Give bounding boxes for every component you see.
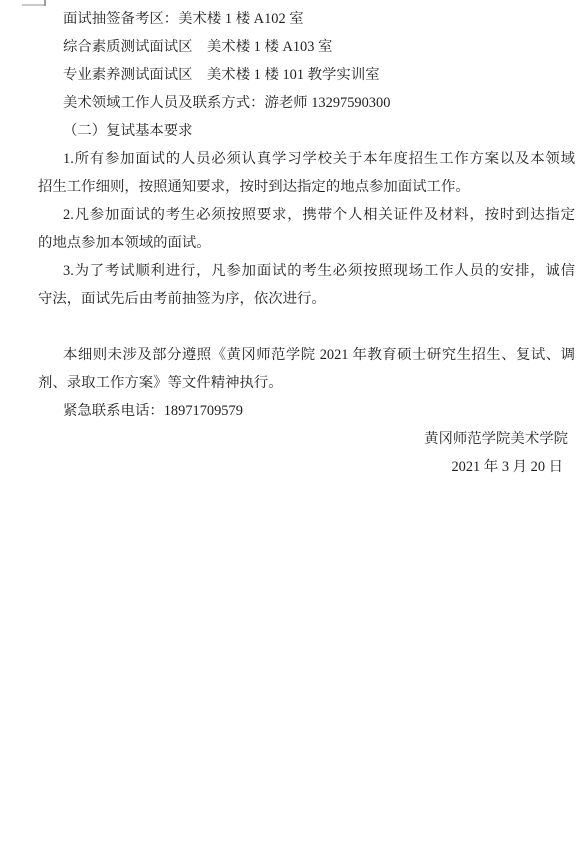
- closing-line-1: 本细则未涉及部分遵照《黄冈师范学院 2021 年教育硕士研究生招生、复试、调: [38, 341, 575, 369]
- venue-line-lottery-prep-room: 面试抽签备考区：美术楼 1 楼 A102 室: [38, 5, 575, 33]
- blank-line: [38, 313, 575, 341]
- rule-1-line-2: 招生工作细则，按照通知要求，按时到达指定的地点参加面试工作。: [38, 173, 575, 201]
- venue-line-comprehensive-quality-room: 综合素质测试面试区 美术楼 1 楼 A103 室: [38, 33, 575, 61]
- rule-2-line-1: 2.凡参加面试的考生必须按照要求，携带个人相关证件及材料，按时到达指定: [38, 201, 575, 229]
- section-heading-retest-basic-requirements: （二）复试基本要求: [38, 117, 575, 145]
- artifact-vertical-tick: [44, 0, 46, 6]
- rule-2-line-2: 的地点参加本领域的面试。: [38, 229, 575, 257]
- emergency-phone-line: 紧急联系电话：18971709579: [38, 397, 575, 425]
- artifact-horizontal-line: [22, 4, 46, 6]
- signature-line: 黄冈师范学院美术学院: [38, 425, 575, 453]
- venue-line-professional-competence-room: 专业素养测试面试区 美术楼 1 楼 101 教学实训室: [38, 61, 575, 89]
- rule-3-line-2: 守法，面试先后由考前抽签为序，依次进行。: [38, 285, 575, 313]
- rule-3-line-1: 3.为了考试顺利进行，凡参加面试的考生必须按照现场工作人员的安排，诚信: [38, 257, 575, 285]
- rule-1-line-1: 1.所有参加面试的人员必须认真学习学校关于本年度招生工作方案以及本领域: [38, 145, 575, 173]
- staff-contact-line: 美术领域工作人员及联系方式：游老师 13297590300: [38, 89, 575, 117]
- closing-line-2: 剂、录取工作方案》等文件精神执行。: [38, 369, 575, 397]
- date-line: 2021 年 3 月 20 日: [38, 453, 575, 481]
- document-page: 面试抽签备考区：美术楼 1 楼 A102 室 综合素质测试面试区 美术楼 1 楼…: [0, 0, 587, 843]
